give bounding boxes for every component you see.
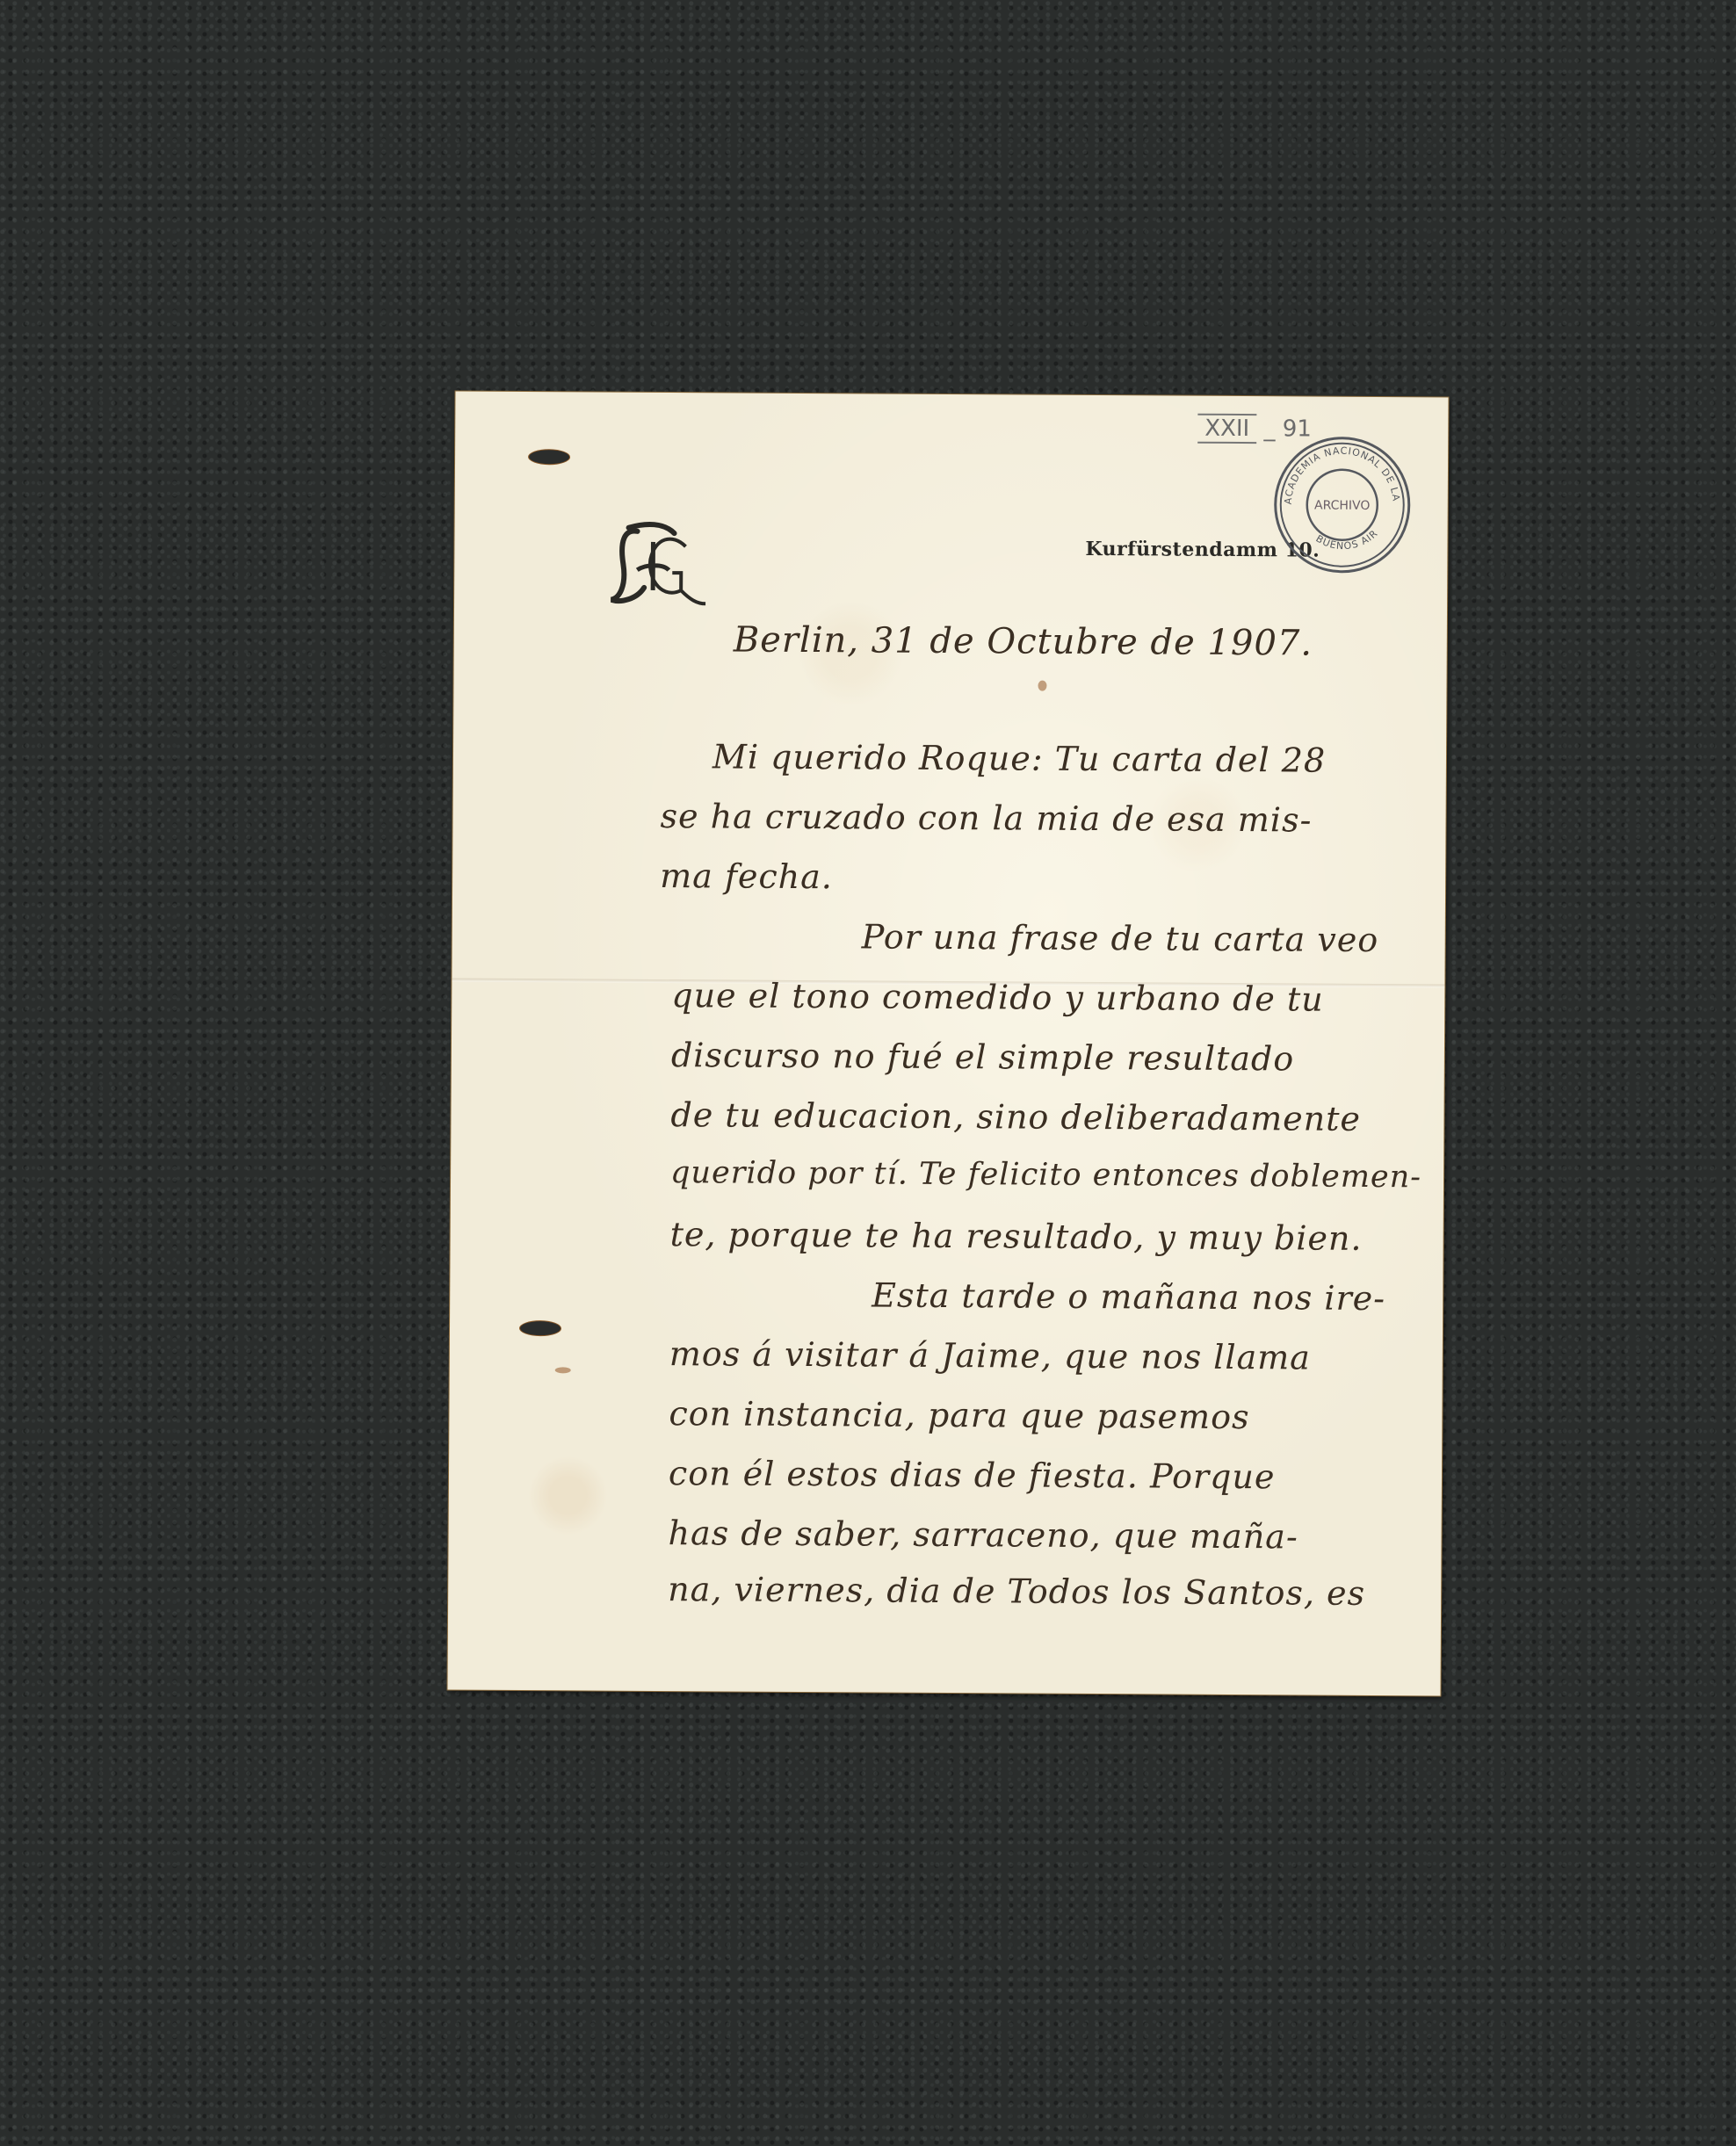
body-line-3: ma fecha. bbox=[660, 856, 833, 896]
ink-stain bbox=[555, 1367, 571, 1373]
archive-reference-roman: XXII bbox=[1197, 414, 1256, 444]
foxing-spot bbox=[1038, 681, 1046, 691]
body-line-5: que el tono comedido y urbano de tu bbox=[671, 976, 1324, 1019]
body-line-13: con él estos dias de fiesta. Porque bbox=[669, 1454, 1276, 1496]
body-line-1: Mi querido Roque: Tu carta del 28 bbox=[712, 737, 1326, 779]
stamp-center-text: ARCHIVO bbox=[1314, 499, 1370, 513]
body-line-12: con instancia, para que pasemos bbox=[669, 1394, 1249, 1436]
body-line-4: Por una frase de tu carta veo bbox=[862, 917, 1379, 959]
body-line-10: Esta tarde o mañana nos ire- bbox=[872, 1275, 1385, 1318]
body-line-8: querido por tí. Te felicito entonces dob… bbox=[670, 1155, 1421, 1195]
body-line-2: se ha cruzado con la mia de esa mis- bbox=[660, 797, 1312, 840]
body-line-15: na, viernes, dia de Todos los Santos, es bbox=[668, 1570, 1365, 1613]
archive-stamp-icon: ACADEMIA NACIONAL DE LA HISTORIA BUENOS … bbox=[1271, 434, 1413, 575]
body-line-9: te, porque te ha resultado, y muy bien. bbox=[670, 1215, 1363, 1258]
body-line-14: has de saber, sarraceno, que maña- bbox=[668, 1514, 1298, 1556]
dateline: Berlin, 31 de Octubre de 1907. bbox=[734, 620, 1313, 664]
punch-hole-top bbox=[529, 450, 569, 464]
body-line-7: de tu educacion, sino deliberadamente bbox=[670, 1095, 1361, 1138]
body-line-6: discurso no fué el simple resultado bbox=[671, 1036, 1295, 1078]
letter-page: XXII _ 91 Kurfürstendamm 10. ACADEMIA NA… bbox=[447, 392, 1448, 1696]
body-line-11: mos á visitar á Jaime, que nos llama bbox=[669, 1334, 1311, 1376]
monogram-icon bbox=[611, 516, 708, 613]
punch-hole-bottom bbox=[520, 1321, 561, 1335]
